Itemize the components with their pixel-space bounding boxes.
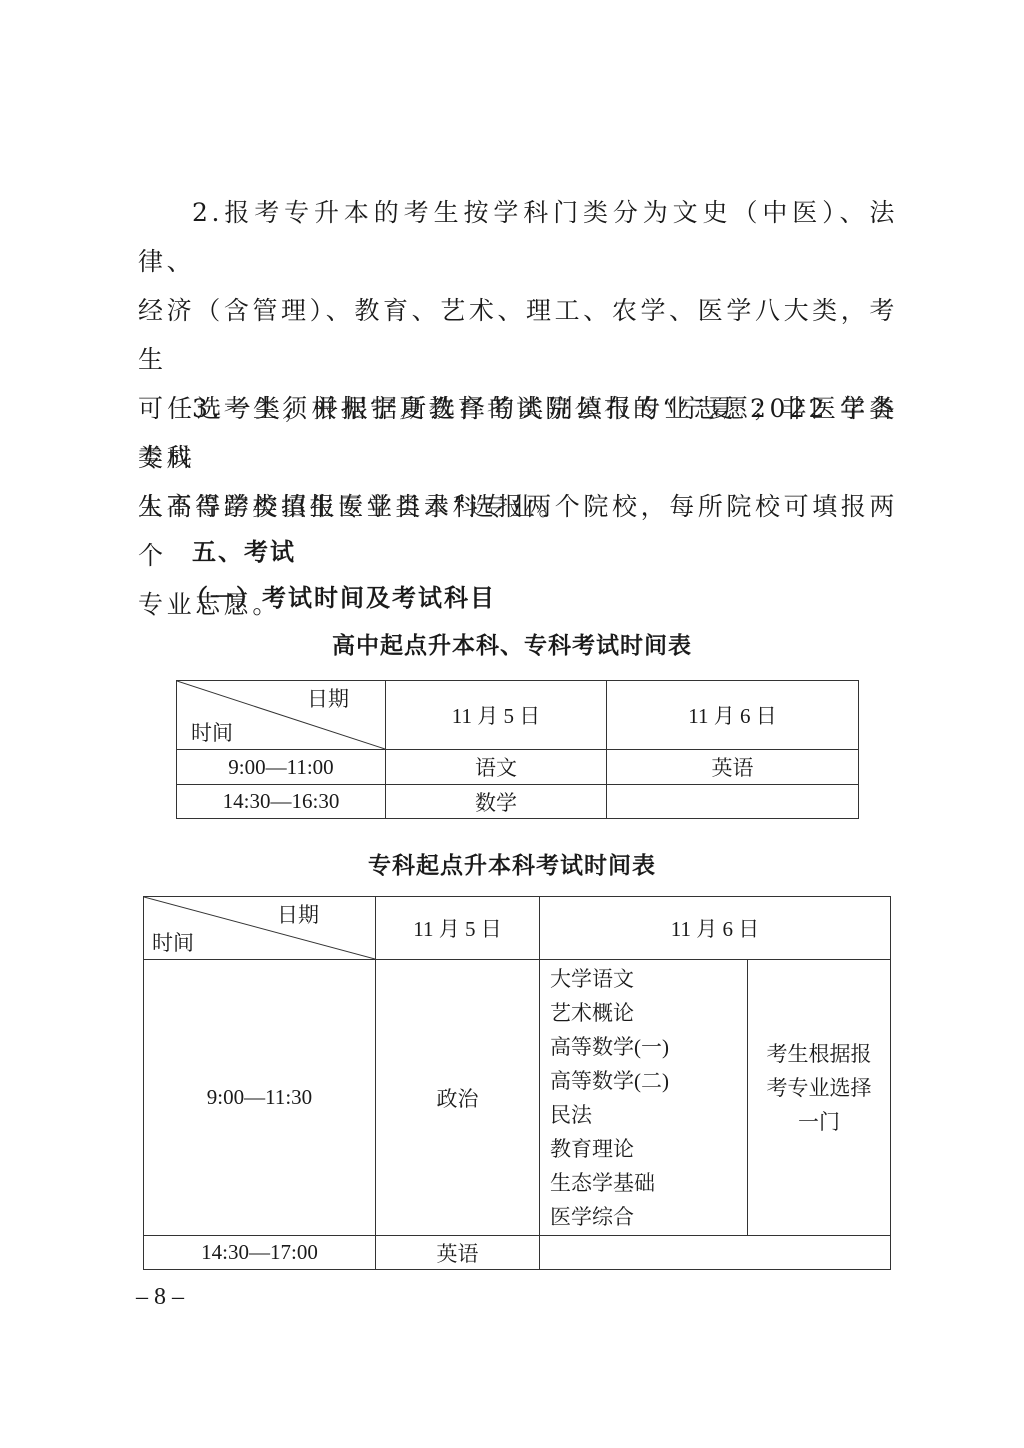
subject-cell [540,1236,891,1270]
table-row: 9:00—11:30 政治 大学语文 艺术概论 高等数学(一) 高等数学(二) … [144,960,891,1236]
selection-note-cell: 考生根据报 考专业选择 一门 [748,960,891,1236]
corner-date-label: 日期 [277,899,319,929]
table-row: 14:30—17:00 英语 [144,1236,891,1270]
subject-cell: 政治 [376,960,540,1236]
table2-col-header: 11 月 6 日 [540,897,891,960]
table-row: 14:30—16:30 数学 [177,785,859,819]
table1-col-header: 11 月 6 日 [607,681,859,750]
subject-list-cell: 大学语文 艺术概论 高等数学(一) 高等数学(二) 民法 教育理论 生态学基础 … [540,960,748,1236]
corner-date-label: 日期 [307,683,349,713]
subject-item: 民法 [550,1098,747,1132]
paragraph-line: 3.考生须根据宁夏教育考试院公布的“宁夏 2022 年各类成 [138,384,898,482]
table1-corner-cell: 日期 时间 [177,681,386,750]
note-line: 考专业选择 [748,1071,890,1105]
table1-title: 高中起点升本科、专科考试时间表 [0,627,1024,660]
table2-corner-cell: 日期 时间 [144,897,376,960]
subject-item: 艺术概论 [550,996,747,1030]
table-row: 9:00—11:00 语文 英语 [177,750,859,785]
time-cell: 9:00—11:30 [144,960,376,1236]
table1: 日期 时间 11 月 5 日 11 月 6 日 9:00—11:00 语文 英语… [176,680,859,819]
note-line: 考生根据报 [748,1037,890,1071]
subject-item: 高等数学(一) [550,1030,747,1064]
subject-cell: 英语 [376,1236,540,1270]
page-number: – 8 – [136,1284,184,1311]
subject-item: 教育理论 [550,1132,747,1166]
section-heading: 五、考试 [192,532,296,567]
table2: 日期 时间 11 月 5 日 11 月 6 日 9:00—11:30 政治 大学… [143,896,891,1270]
subject-item: 医学综合 [550,1200,747,1234]
subject-cell: 数学 [386,785,607,819]
paragraph-line: 经济（含管理）、教育、艺术、理工、农学、医学八大类，考生 [138,286,898,384]
table2-col-header: 11 月 5 日 [376,897,540,960]
subject-cell [607,785,859,819]
time-cell: 9:00—11:00 [177,750,386,785]
subject-item: 大学语文 [550,962,747,996]
corner-time-label: 时间 [152,927,194,957]
table2-title: 专科起点升本科考试时间表 [0,847,1024,880]
paragraph-line: 2.报考专升本的考生按学科门类分为文史（中医）、法律、 [138,188,898,286]
note-line: 一门 [748,1105,890,1139]
table1-col-header: 11 月 5 日 [386,681,607,750]
time-cell: 14:30—16:30 [177,785,386,819]
subject-cell: 英语 [607,750,859,785]
time-cell: 14:30—17:00 [144,1236,376,1270]
subject-item: 高等数学(二) [550,1064,747,1098]
corner-time-label: 时间 [191,717,233,747]
subject-item: 生态学基础 [550,1166,747,1200]
subject-cell: 语文 [386,750,607,785]
subsection-heading: （一）考试时间及考试科目 [184,578,496,613]
